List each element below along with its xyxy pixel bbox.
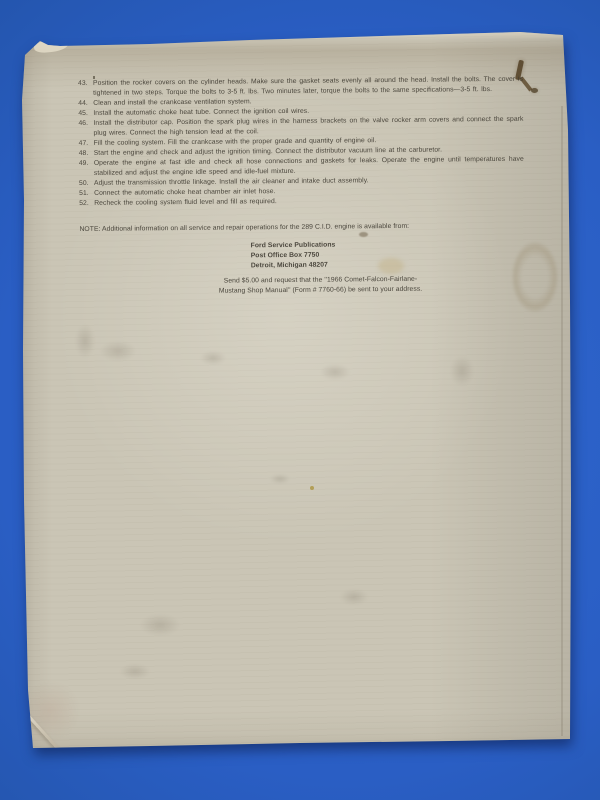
step-number: 52. [79, 199, 94, 209]
step-number: 44. [78, 99, 93, 109]
gray-smudge [270, 474, 290, 484]
gray-smudge [200, 351, 226, 365]
gray-smudge [450, 356, 474, 386]
note-line: NOTE: Additional information on all serv… [79, 221, 524, 235]
step-number: 48. [79, 149, 94, 159]
gray-smudge [320, 364, 350, 380]
publisher-city: Detroit, Michigan 48207 [251, 259, 525, 272]
step-number: 46. [78, 119, 93, 139]
order-instructions: Send $5.00 and request that the ''1966 C… [80, 274, 525, 298]
step-number: 50. [79, 179, 94, 189]
paper-shadow-wrap: 43. Position the rocker covers on the cy… [0, 0, 600, 800]
gray-smudge [75, 324, 95, 358]
rust-stain [531, 88, 538, 93]
gray-smudge [340, 589, 368, 605]
edge-crease [561, 106, 563, 736]
torn-corner-flap [33, 38, 68, 55]
gray-smudge [140, 614, 180, 636]
step-number: 45. [78, 109, 93, 119]
step-number: 49. [79, 159, 94, 179]
step-number: 51. [79, 189, 94, 199]
gray-smudge [120, 664, 150, 679]
step-number: 47. [79, 139, 94, 149]
gray-smudge [100, 341, 136, 361]
step-number: 43. [78, 79, 93, 99]
document-page: 43. Position the rocker covers on the cy… [20, 26, 574, 752]
corner-discoloration [20, 681, 80, 741]
photo-background: 43. Position the rocker covers on the cy… [0, 0, 600, 800]
yellow-dot [310, 486, 314, 490]
printed-text-block: 43. Position the rocker covers on the cy… [78, 75, 525, 298]
publisher-address: Ford Service Publications Post Office Bo… [251, 239, 525, 272]
